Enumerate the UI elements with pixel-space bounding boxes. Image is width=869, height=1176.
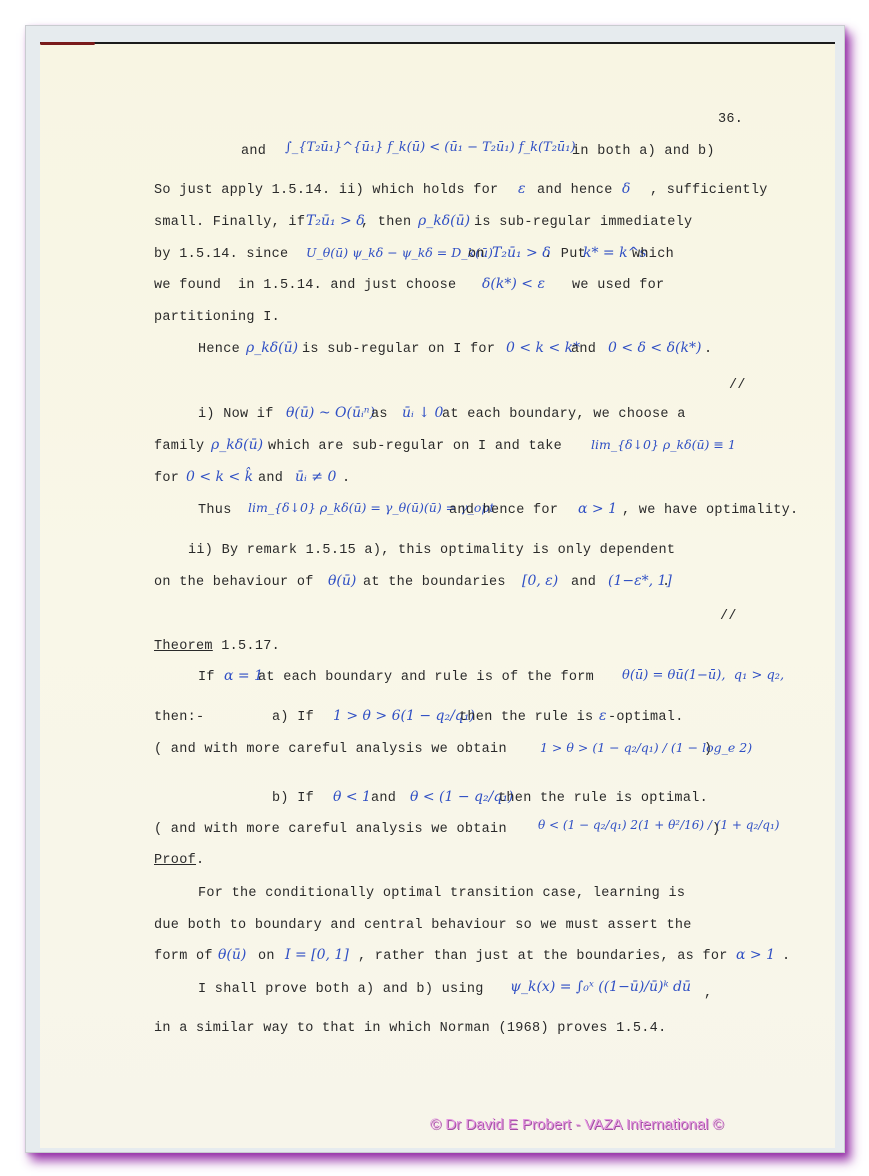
text-line: then the rule is xyxy=(459,710,593,725)
page-edge-mark xyxy=(40,42,95,45)
text-line: in a similar way to that in which Norman… xyxy=(154,1021,666,1036)
handwritten-math: θ(ū) xyxy=(328,573,356,589)
handwritten-math: θ(ū) = θū(1−ū), q₁ > q₂, xyxy=(622,668,784,683)
handwritten-math: T₂ū₁ > δ xyxy=(306,213,365,229)
text-line: . xyxy=(662,575,670,590)
text-line: Hence xyxy=(198,342,240,357)
text-line: and xyxy=(571,342,596,357)
end-of-proof-mark: // xyxy=(720,609,737,624)
text-line: on xyxy=(258,949,275,964)
handwritten-math: 0 < δ < δ(k*) xyxy=(608,340,701,356)
text-line: on xyxy=(468,247,485,262)
handwritten-math: ε xyxy=(518,181,526,197)
text-line: . xyxy=(782,949,790,964)
text-line: in both a) and b) xyxy=(572,144,715,159)
text-line: at the boundaries xyxy=(363,575,506,590)
handwritten-math: δ(k*) < ε xyxy=(482,276,545,292)
text-line: by 1.5.14. since xyxy=(154,247,288,262)
text-line: and xyxy=(371,791,396,806)
text-line: I shall prove both a) and b) using xyxy=(198,982,484,997)
proof-heading: Proof. xyxy=(154,853,204,868)
text-line: then:- xyxy=(154,710,204,725)
handwritten-math: α > 1 xyxy=(578,501,617,517)
handwritten-math: ρ_kδ(ū) xyxy=(246,340,298,356)
text-line: . xyxy=(704,342,712,357)
text-line: , xyxy=(704,986,712,1001)
text-line: If xyxy=(198,670,215,685)
text-line: . Put xyxy=(544,247,586,262)
text-line: we found in 1.5.14. and just choose xyxy=(154,278,456,293)
proof-dot: . xyxy=(196,853,204,868)
text-line: ii) By remark 1.5.15 a), this optimality… xyxy=(188,543,675,558)
handwritten-math: U_θ(ū) ψ_kδ − ψ_kδ = D_k(ū) xyxy=(306,245,493,260)
handwritten-math: ∫_{T₂ū₁}^{ū₁} f_k(ū) < (ū₁ − T₂ū₁) f_k(T… xyxy=(285,140,576,155)
theorem-number: 1.5.17. xyxy=(213,639,280,654)
handwritten-math: δ xyxy=(622,181,630,197)
text-line: small. Finally, if xyxy=(154,215,305,230)
text-line: , rather than just at the boundaries, as… xyxy=(358,949,728,964)
text-line: b) If xyxy=(272,791,314,806)
end-of-proof-mark: // xyxy=(729,378,746,393)
text-line: and hence for xyxy=(449,503,558,518)
handwritten-math: θ(ū) ~ O(ūᵢⁿ) xyxy=(286,405,375,421)
text-line: which are sub-regular on I and take xyxy=(268,439,562,454)
handwritten-math: [0, ε) xyxy=(522,573,558,589)
handwritten-math: ρ_kδ(ū) xyxy=(211,437,263,453)
text-line: , then xyxy=(361,215,411,230)
text-line: we used for xyxy=(572,278,664,293)
text-line: as xyxy=(371,407,388,422)
handwritten-math: θ(ū) xyxy=(218,947,246,963)
handwritten-math: I = [0, 1] xyxy=(285,947,349,963)
text-line: at each boundary and rule is of the form xyxy=(258,670,594,685)
handwritten-math: ρ_kδ(ū) xyxy=(418,213,470,229)
text-line: ( and with more careful analysis we obta… xyxy=(154,822,507,837)
handwritten-math: θ < (1 − q₂/q₁) 2(1 + θ²/16) / (1 + q₂/q… xyxy=(538,818,779,832)
handwritten-math: 0 < k < k* xyxy=(506,340,580,356)
copyright-watermark: © Dr David E Probert - VAZA Internationa… xyxy=(430,1116,724,1133)
text-line: partitioning I. xyxy=(154,310,280,325)
text-line: So just apply 1.5.14. ii) which holds fo… xyxy=(154,183,498,198)
text-line: on the behaviour of xyxy=(154,575,314,590)
handwritten-math: ε xyxy=(599,708,607,724)
text-line: then the rule is optimal. xyxy=(498,791,708,806)
handwritten-math: lim_{δ↓0} ρ_kδ(ū) ≡ 1 xyxy=(591,437,736,452)
handwritten-math: ūᵢ ≠ 0 xyxy=(295,469,336,485)
text-line: form of xyxy=(154,949,213,964)
text-line: a) If xyxy=(272,710,314,725)
handwritten-math: θ < 1 xyxy=(333,789,371,805)
text-line: . xyxy=(342,471,350,486)
text-line: and hence xyxy=(537,183,613,198)
proof-label: Proof xyxy=(154,853,196,868)
text-line: which xyxy=(632,247,674,262)
text-line: Thus xyxy=(198,503,232,518)
handwritten-math: ψ_k(x) = ∫₀ˣ ((1−ū)/ū)ᵏ dū xyxy=(510,979,691,995)
handwritten-math: ūᵢ ↓ 0 xyxy=(402,405,443,421)
text-line: and xyxy=(571,575,596,590)
text-line: and xyxy=(258,471,283,486)
text-line: ( and with more careful analysis we obta… xyxy=(154,742,507,757)
text-line: is sub-regular immediately xyxy=(474,215,692,230)
text-line: For the conditionally optimal transition… xyxy=(198,886,685,901)
text-line: for xyxy=(154,471,179,486)
text-line: ) xyxy=(712,822,720,837)
text-line: i) Now if xyxy=(198,407,274,422)
handwritten-math: 1 > θ > (1 − q₂/q₁) / (1 − log_e 2) xyxy=(540,740,752,755)
text-line: and xyxy=(241,144,266,159)
text-line: , we have optimality. xyxy=(622,503,798,518)
text-line: at each boundary, we choose a xyxy=(442,407,686,422)
text-line: -optimal. xyxy=(608,710,684,725)
handwritten-math: α > 1 xyxy=(736,947,775,963)
handwritten-math: 0 < k < k̂ xyxy=(186,469,253,485)
text-line: family xyxy=(154,439,204,454)
text-line: ) xyxy=(704,742,712,757)
text-line: is sub-regular on I for xyxy=(302,342,495,357)
theorem-label: Theorem xyxy=(154,639,213,654)
handwritten-math: 1 > θ > 6(1 − q₂/q₁) xyxy=(333,708,475,724)
theorem-heading: Theorem 1.5.17. xyxy=(154,639,280,654)
text-line: due both to boundary and central behavio… xyxy=(154,918,692,933)
text-line: , sufficiently xyxy=(650,183,768,198)
handwritten-math: T₂ū₁ > δ xyxy=(492,245,551,261)
page-number: 36. xyxy=(718,112,743,127)
